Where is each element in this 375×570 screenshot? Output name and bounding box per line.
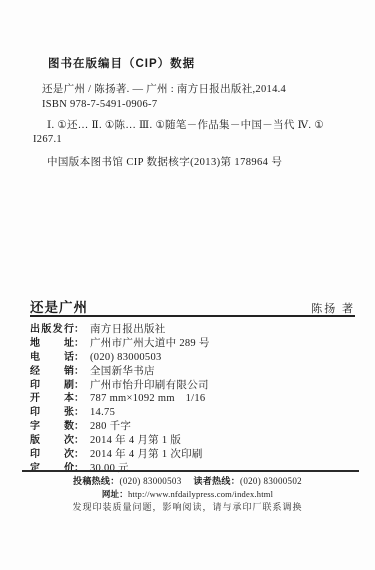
row-colon: ： (74, 389, 84, 404)
book-title: 还是广州 (30, 296, 88, 316)
row-value: 南方日报出版社 (90, 321, 166, 336)
cip-header: 图书在版编目（CIP）数据 (48, 55, 195, 71)
row-value: (020) 83000503 (90, 352, 162, 363)
quality-note: 发现印装质量问题，影响阅读，请与承印厂联系调换 (0, 500, 375, 513)
row-value: 全国新华书店 (90, 363, 155, 378)
reader-hotline-label: 读者热线： (194, 476, 241, 486)
url-label: 网址： (102, 489, 128, 499)
colophon-row-printing: 印次： 2014 年 4 月第 1 次印刷 (30, 445, 355, 459)
row-value: 30.00 元 (90, 460, 129, 475)
row-colon: ： (74, 376, 84, 391)
footer-url-line: 网址：http://www.nfdailypress.com/index.htm… (0, 488, 375, 500)
colophon-row-printer: 印刷： 广州市怡升印刷有限公司 (30, 376, 355, 390)
colophon-row-address: 地址： 广州市广州大道中 289 号 (30, 334, 355, 348)
title-divider (30, 315, 355, 317)
colophon-row-wordcount: 字数： 280 千字 (30, 417, 355, 431)
row-label: 印刷 (30, 376, 74, 391)
colophon: 出版发行： 南方日报出版社 地址： 广州市广州大道中 289 号 电话： (02… (30, 320, 355, 473)
row-colon: ： (74, 445, 84, 460)
row-value: 2014 年 4 月第 1 版 (90, 432, 181, 447)
submit-hotline-label: 投稿热线： (73, 476, 120, 486)
row-value: 787 mm×1092 mm 1/16 (90, 390, 205, 405)
cip-classification-line1: Ⅰ. ①还… Ⅱ. ①陈… Ⅲ. ①随笔－作品集－中国－当代 Ⅳ. ① (33, 119, 359, 133)
row-colon: ： (74, 348, 84, 363)
footer-hotlines: 投稿热线：(020) 83000503读者热线：(020) 83000502 (0, 474, 375, 487)
publisher-url: http://www.nfdailypress.com/index.html (128, 489, 273, 499)
row-value: 2014 年 4 月第 1 次印刷 (90, 446, 203, 461)
row-label: 印次 (30, 445, 74, 460)
row-colon: ： (74, 431, 84, 446)
footer-divider (22, 470, 359, 472)
row-label: 字数 (30, 417, 74, 432)
row-value: 广州市怡升印刷有限公司 (90, 377, 209, 392)
row-colon: ： (74, 334, 84, 349)
colophon-row-publisher: 出版发行： 南方日报出版社 (30, 320, 355, 334)
row-colon: ： (74, 417, 84, 432)
row-label: 电话 (30, 348, 74, 363)
row-label: 出版发行 (30, 320, 74, 335)
row-label: 版次 (30, 431, 74, 446)
book-author: 陈扬 著 (311, 300, 355, 316)
colophon-row-distributor: 经销： 全国新华书店 (30, 362, 355, 376)
row-colon: ： (74, 403, 84, 418)
cip-classification: Ⅰ. ①还… Ⅱ. ①陈… Ⅲ. ①随笔－作品集－中国－当代 Ⅳ. ① I267… (33, 119, 359, 147)
cip-record-line: 还是广州 / 陈扬著. — 广州 : 南方日报出版社,2014.4 (42, 83, 286, 98)
colophon-row-format: 开本： 787 mm×1092 mm 1/16 (30, 389, 355, 403)
row-label: 经销 (30, 362, 74, 377)
cip-isbn-line: ISBN 978-7-5491-0906-7 (42, 98, 286, 113)
cip-classification-line2: I267.1 (33, 133, 359, 147)
row-colon: ： (74, 362, 84, 377)
row-colon: ： (74, 320, 84, 335)
reader-hotline-number: (020) 83000502 (240, 476, 302, 486)
row-value: 广州市广州大道中 289 号 (90, 335, 210, 350)
row-label: 开本 (30, 389, 74, 404)
cip-record-block: 还是广州 / 陈扬著. — 广州 : 南方日报出版社,2014.4 ISBN 9… (42, 83, 286, 112)
row-value: 280 千字 (90, 418, 131, 433)
row-label: 地址 (30, 334, 74, 349)
title-bar: 还是广州 陈扬 著 (30, 296, 355, 316)
cip-registry-line: 中国版本图书馆 CIP 数据核字(2013)第 178964 号 (47, 154, 282, 169)
copyright-page: 图书在版编目（CIP）数据 还是广州 / 陈扬著. — 广州 : 南方日报出版社… (0, 0, 375, 570)
row-value: 14.75 (90, 407, 115, 418)
row-label: 印张 (30, 403, 74, 418)
submit-hotline-number: (020) 83000503 (120, 476, 182, 486)
colophon-row-edition: 版次： 2014 年 4 月第 1 版 (30, 431, 355, 445)
